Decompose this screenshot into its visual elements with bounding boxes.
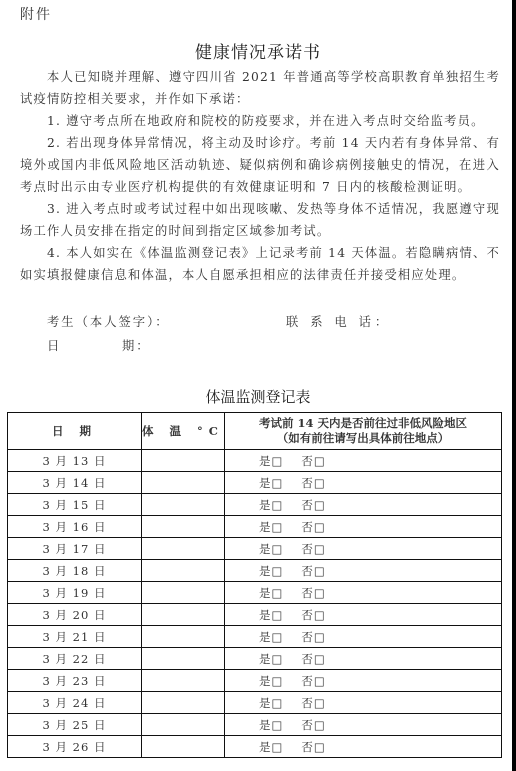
intro-text: 本人已知晓并理解、遵守四川省 2021 年普通高等学校高职教育单独招生考试疫情防…	[20, 70, 500, 106]
row-temperature-cell[interactable]	[142, 450, 225, 472]
row-date: 3 月 26 日	[8, 736, 142, 758]
row-temperature-cell[interactable]	[142, 516, 225, 538]
table-row: 3 月 14 日是□否□	[8, 472, 502, 494]
yes-checkbox[interactable]: 是□	[259, 718, 283, 732]
header-travel-line1: 考试前 14 天内是否前往过非低风险地区	[225, 416, 501, 431]
table-row: 3 月 18 日是□否□	[8, 560, 502, 582]
row-temperature-cell[interactable]	[142, 604, 225, 626]
no-checkbox[interactable]: 否□	[301, 608, 325, 622]
no-checkbox[interactable]: 否□	[301, 520, 325, 534]
row-date: 3 月 16 日	[8, 516, 142, 538]
yes-checkbox[interactable]: 是□	[259, 696, 283, 710]
row-date: 3 月 24 日	[8, 692, 142, 714]
row-temperature-cell[interactable]	[142, 560, 225, 582]
header-date-text: 日 期	[52, 424, 97, 438]
no-checkbox[interactable]: 否□	[301, 718, 325, 732]
date-label-part2: 期：	[122, 336, 151, 354]
table-row: 3 月 24 日是□否□	[8, 692, 502, 714]
row-travel-cell: 是□否□	[225, 516, 502, 538]
yes-checkbox[interactable]: 是□	[259, 586, 283, 600]
table-row: 3 月 26 日是□否□	[8, 736, 502, 758]
no-checkbox[interactable]: 否□	[301, 564, 325, 578]
intro-paragraph: 本人已知晓并理解、遵守四川省 2021 年普通高等学校高职教育单独招生考试疫情防…	[20, 66, 500, 110]
row-temperature-cell[interactable]	[142, 714, 225, 736]
no-checkbox[interactable]: 否□	[301, 542, 325, 556]
row-date: 3 月 23 日	[8, 670, 142, 692]
temperature-log-table: 日 期 体 温 °C 考试前 14 天内是否前往过非低风险地区 （如有前往请写出…	[7, 412, 502, 758]
yes-checkbox[interactable]: 是□	[259, 564, 283, 578]
row-temperature-cell[interactable]	[142, 472, 225, 494]
no-checkbox[interactable]: 否□	[301, 498, 325, 512]
no-checkbox[interactable]: 否□	[301, 740, 325, 754]
yes-checkbox[interactable]: 是□	[259, 608, 283, 622]
table-row: 3 月 21 日是□否□	[8, 626, 502, 648]
yes-checkbox[interactable]: 是□	[259, 674, 283, 688]
yes-checkbox[interactable]: 是□	[259, 520, 283, 534]
yes-checkbox[interactable]: 是□	[259, 454, 283, 468]
row-date: 3 月 21 日	[8, 626, 142, 648]
row-travel-cell: 是□否□	[225, 604, 502, 626]
row-travel-cell: 是□否□	[225, 626, 502, 648]
pledge-2-text: 2. 若出现身体异常情况，将主动及时诊疗。考前 14 天内若有身体异常、有境外或…	[20, 136, 500, 194]
table-row: 3 月 23 日是□否□	[8, 670, 502, 692]
row-travel-cell: 是□否□	[225, 450, 502, 472]
document-title: 健康情况承诺书	[0, 38, 516, 63]
row-date: 3 月 17 日	[8, 538, 142, 560]
row-travel-cell: 是□否□	[225, 670, 502, 692]
table-row: 3 月 20 日是□否□	[8, 604, 502, 626]
date-label-part1: 日	[47, 336, 61, 354]
row-temperature-cell[interactable]	[142, 670, 225, 692]
no-checkbox[interactable]: 否□	[301, 696, 325, 710]
header-travel: 考试前 14 天内是否前往过非低风险地区 （如有前往请写出具体前往地点）	[225, 413, 502, 450]
row-temperature-cell[interactable]	[142, 626, 225, 648]
header-temperature: 体 温 °C	[142, 413, 225, 450]
row-date: 3 月 15 日	[8, 494, 142, 516]
row-temperature-cell[interactable]	[142, 538, 225, 560]
row-date: 3 月 14 日	[8, 472, 142, 494]
phone-label: 联 系 电 话：	[286, 312, 391, 330]
row-travel-cell: 是□否□	[225, 582, 502, 604]
row-travel-cell: 是□否□	[225, 494, 502, 516]
yes-checkbox[interactable]: 是□	[259, 476, 283, 490]
table-title: 体温监测登记表	[0, 386, 516, 407]
no-checkbox[interactable]: 否□	[301, 586, 325, 600]
no-checkbox[interactable]: 否□	[301, 454, 325, 468]
table-row: 3 月 17 日是□否□	[8, 538, 502, 560]
row-date: 3 月 20 日	[8, 604, 142, 626]
row-date: 3 月 25 日	[8, 714, 142, 736]
header-date: 日 期	[8, 413, 142, 450]
pledge-4-text: 4. 本人如实在《体温监测登记表》上记录考前 14 天体温。若隐瞒病情、不如实填…	[20, 246, 500, 282]
row-temperature-cell[interactable]	[142, 736, 225, 758]
row-travel-cell: 是□否□	[225, 648, 502, 670]
row-travel-cell: 是□否□	[225, 714, 502, 736]
attachment-label: 附件	[20, 4, 52, 24]
row-date: 3 月 19 日	[8, 582, 142, 604]
pledge-1: 1. 遵守考点所在地政府和院校的防疫要求，并在进入考点时交给监考员。	[20, 110, 500, 132]
pledge-3-text: 3. 进入考点时或考试过程中如出现咳嗽、发热等身体不适情况，我愿遵守现场工作人员…	[20, 202, 500, 238]
pledge-4: 4. 本人如实在《体温监测登记表》上记录考前 14 天体温。若隐瞒病情、不如实填…	[20, 242, 500, 286]
yes-checkbox[interactable]: 是□	[259, 740, 283, 754]
row-date: 3 月 18 日	[8, 560, 142, 582]
table-row: 3 月 13 日是□否□	[8, 450, 502, 472]
yes-checkbox[interactable]: 是□	[259, 542, 283, 556]
header-travel-line2: （如有前往请写出具体前往地点）	[225, 431, 501, 446]
no-checkbox[interactable]: 否□	[301, 652, 325, 666]
pledge-1-text: 1. 遵守考点所在地政府和院校的防疫要求，并在进入考点时交给监考员。	[47, 114, 485, 128]
no-checkbox[interactable]: 否□	[301, 630, 325, 644]
table-header-row: 日 期 体 温 °C 考试前 14 天内是否前往过非低风险地区 （如有前往请写出…	[8, 413, 502, 450]
pledge-3: 3. 进入考点时或考试过程中如出现咳嗽、发热等身体不适情况，我愿遵守现场工作人员…	[20, 198, 500, 242]
no-checkbox[interactable]: 否□	[301, 476, 325, 490]
yes-checkbox[interactable]: 是□	[259, 652, 283, 666]
row-date: 3 月 22 日	[8, 648, 142, 670]
row-temperature-cell[interactable]	[142, 582, 225, 604]
row-travel-cell: 是□否□	[225, 692, 502, 714]
row-travel-cell: 是□否□	[225, 736, 502, 758]
yes-checkbox[interactable]: 是□	[259, 498, 283, 512]
examinee-signature-label: 考生（本人签字）：	[47, 312, 170, 330]
table-row: 3 月 19 日是□否□	[8, 582, 502, 604]
pledge-2: 2. 若出现身体异常情况，将主动及时诊疗。考前 14 天内若有身体异常、有境外或…	[20, 132, 500, 198]
row-temperature-cell[interactable]	[142, 692, 225, 714]
no-checkbox[interactable]: 否□	[301, 674, 325, 688]
header-temperature-text: 体 温 °C	[142, 424, 224, 438]
row-travel-cell: 是□否□	[225, 560, 502, 582]
table-row: 3 月 16 日是□否□	[8, 516, 502, 538]
table-row: 3 月 15 日是□否□	[8, 494, 502, 516]
table-row: 3 月 22 日是□否□	[8, 648, 502, 670]
table-row: 3 月 25 日是□否□	[8, 714, 502, 736]
yes-checkbox[interactable]: 是□	[259, 630, 283, 644]
row-date: 3 月 13 日	[8, 450, 142, 472]
row-temperature-cell[interactable]	[142, 494, 225, 516]
row-travel-cell: 是□否□	[225, 472, 502, 494]
row-temperature-cell[interactable]	[142, 648, 225, 670]
row-travel-cell: 是□否□	[225, 538, 502, 560]
